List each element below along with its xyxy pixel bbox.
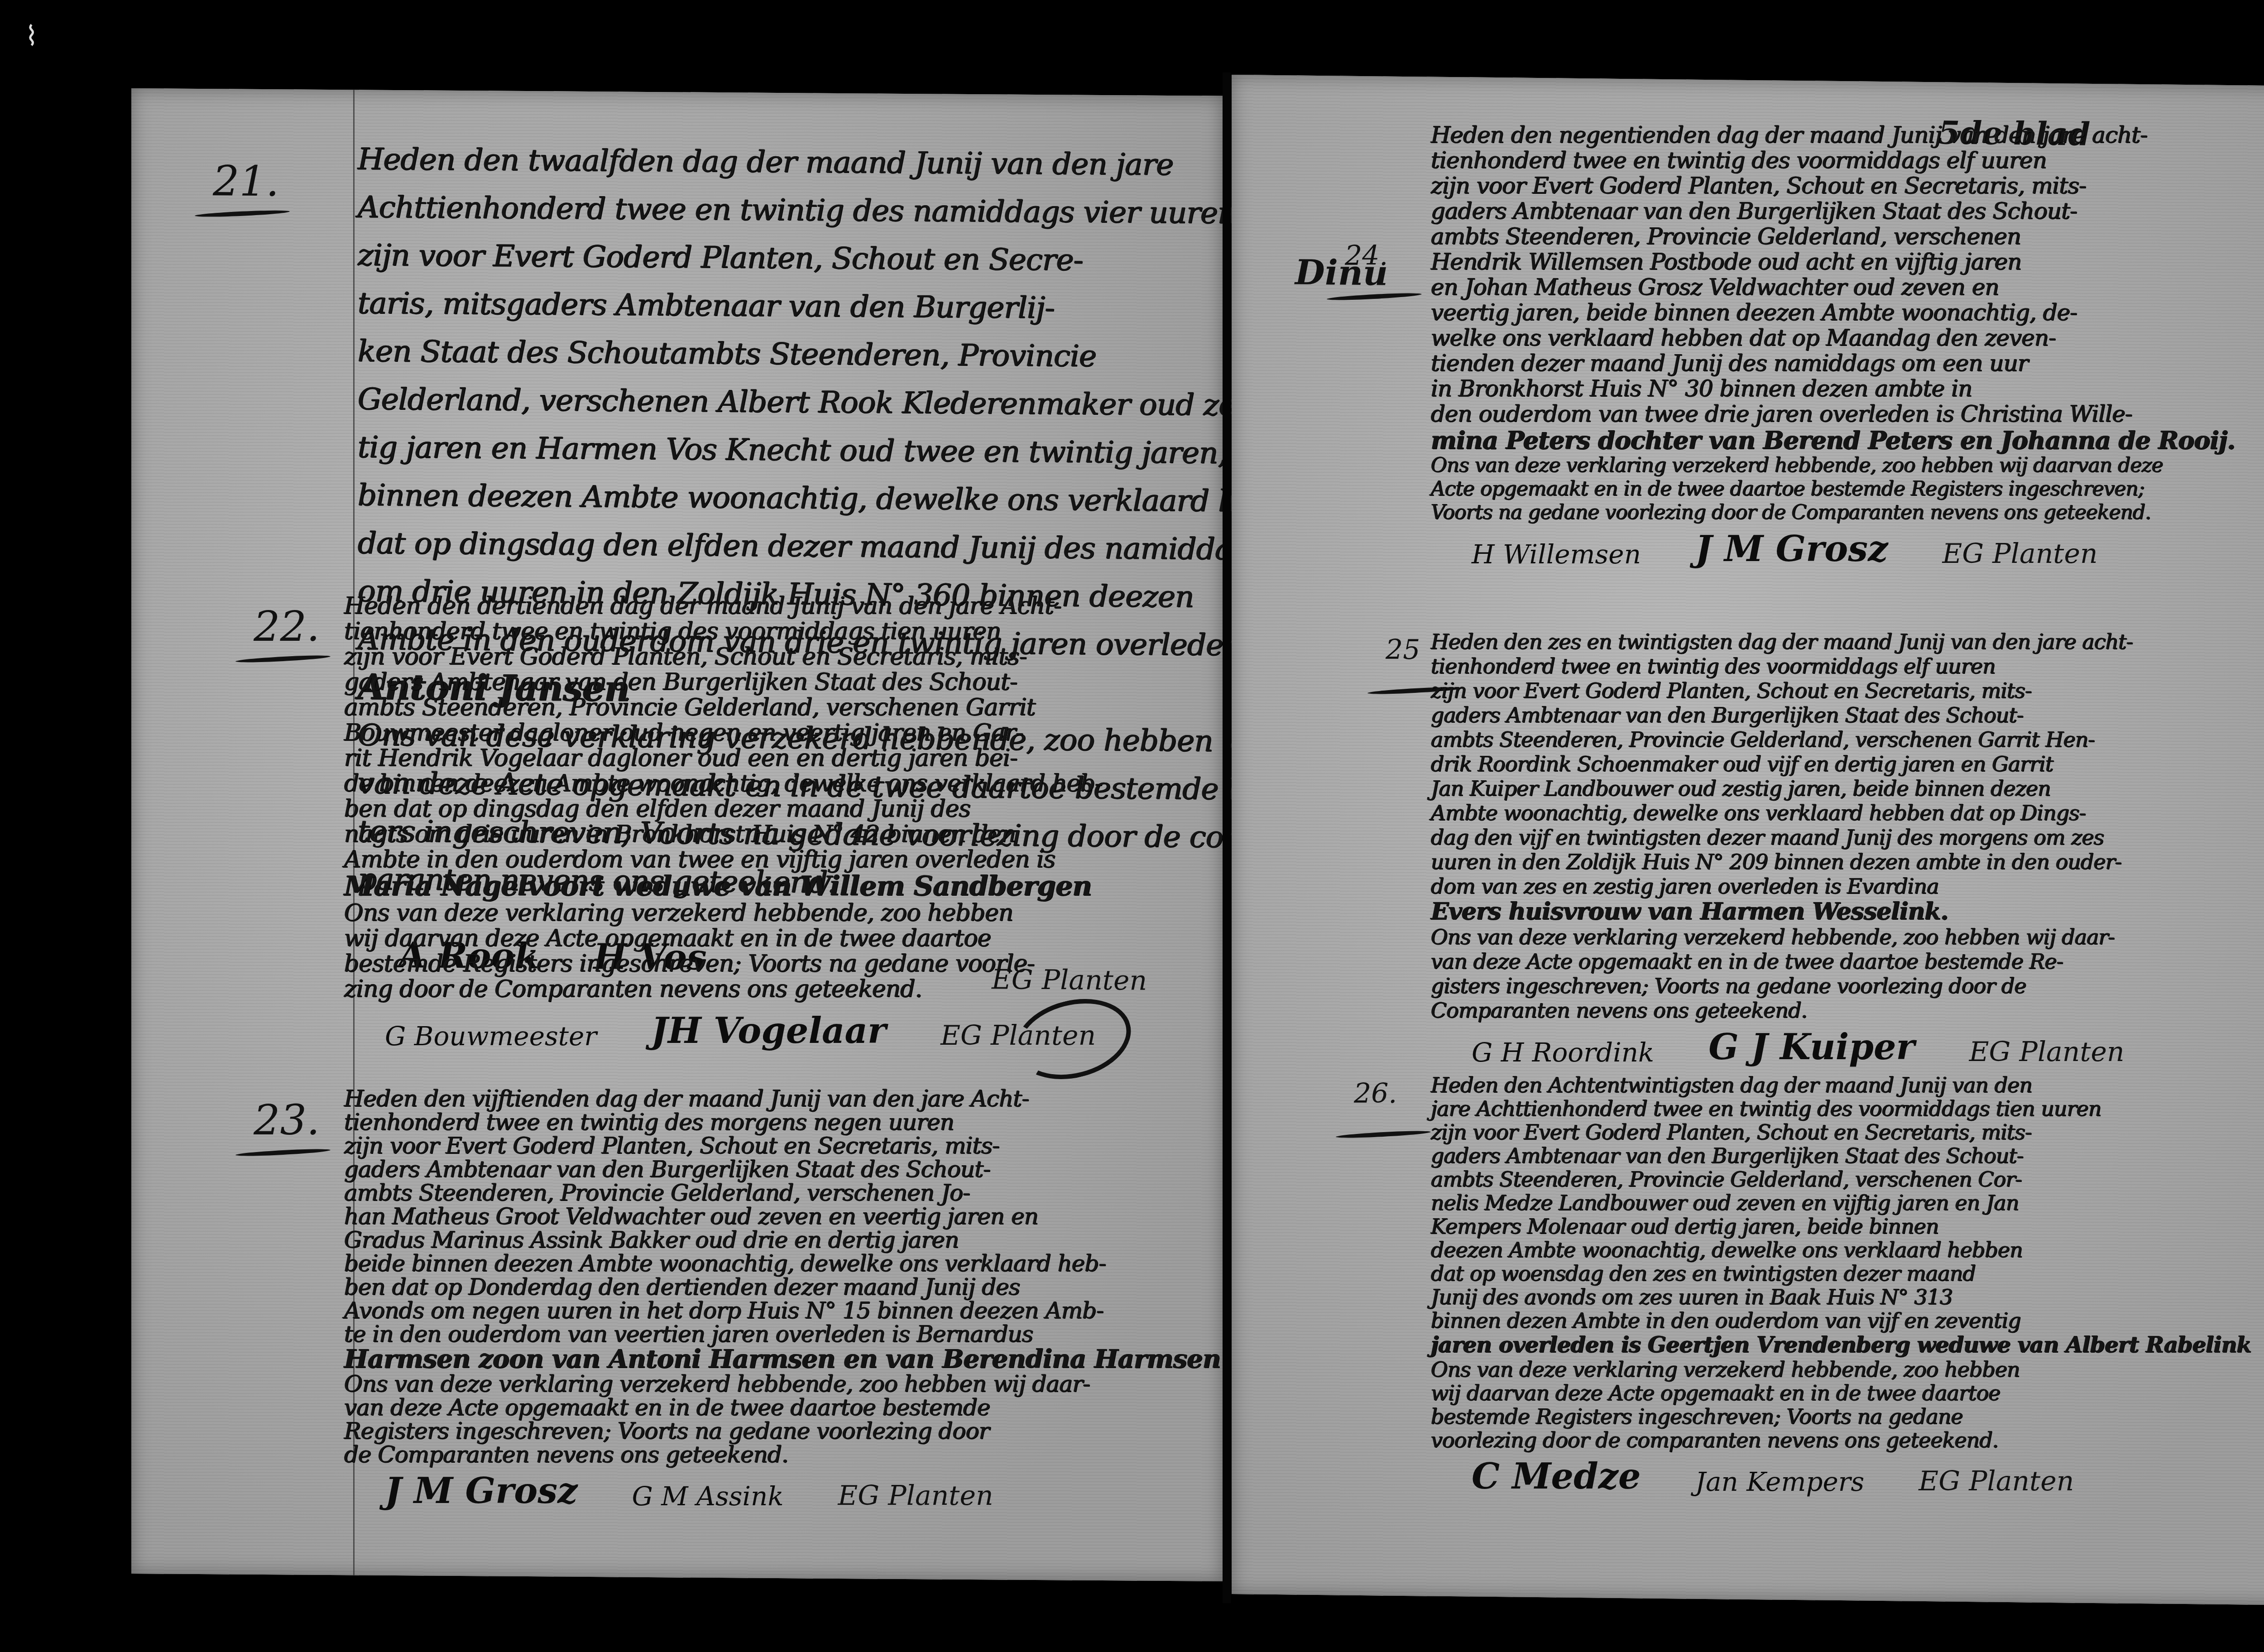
text-line: tienhonderd twee en twintig des voormidd… xyxy=(1431,654,2133,678)
text-line: ambts Steenderen, Provincie Gelderland, … xyxy=(1431,727,2133,752)
text-line: gaders Ambtenaar van den Burgerlijken St… xyxy=(344,669,1103,695)
witness-signature: G Bouwmeester xyxy=(385,1021,597,1052)
scan-artifact: ⌇ xyxy=(25,20,38,52)
text-line: dom van zes en zestig jaren overleden is… xyxy=(1431,874,2133,898)
text-line: gaders Ambtenaar van den Burgerlijken St… xyxy=(1431,703,2133,727)
text-line: Ambte woonachtig, dewelke ons verklaard … xyxy=(1431,801,2133,825)
witness-signature: Jan Kempers xyxy=(1695,1466,1865,1497)
text-line: gaders Ambtenaar van den Burgerlijken St… xyxy=(1431,1144,2251,1167)
text-line: en Johan Matheus Grosz Veldwachter oud z… xyxy=(1431,274,2235,300)
text-line: voorlezing door de comparanten nevens on… xyxy=(1431,1428,2251,1452)
text-line: Ons van deze verklaring verzekerd hebben… xyxy=(1431,454,2235,477)
text-line: tienhonderd twee en twintig des voormidd… xyxy=(344,619,1103,644)
entry-text: Heden den negentienden dag der maand Jun… xyxy=(1431,122,2235,570)
deceased-name: mina Peters dochter van Berend Peters en… xyxy=(1431,427,2235,454)
text-line: zing door de Comparanten nevens ons gete… xyxy=(344,976,1103,1002)
witness-signature: J M Grosz xyxy=(385,1470,578,1512)
witness-signature: G H Roordink xyxy=(1472,1037,1654,1068)
official-signature: EG Planten xyxy=(838,1480,993,1512)
text-line: Hendrik Willemsen Postbode oud acht en v… xyxy=(1431,249,2235,274)
text-line: Heden den dertienden dag der maand Junij… xyxy=(344,593,1103,619)
text-line: de binnen deezen Ambte woonachtig, dewel… xyxy=(344,771,1103,796)
text-line: Heden den zes en twintigsten dag der maa… xyxy=(1431,629,2133,654)
text-line: zijn voor Evert Goderd Planten, Schout e… xyxy=(1431,678,2133,703)
witness-signature: JH Vogelaar xyxy=(651,1010,886,1052)
text-line: drik Roordink Schoenmaker oud vijf en de… xyxy=(1431,752,2133,776)
text-line: nagts om drie uuren in Bronkhorst Huis N… xyxy=(344,821,1103,847)
text-line: Heden den negentienden dag der maand Jun… xyxy=(1431,122,2235,148)
text-line: ambts Steenderen, Provincie Gelderland, … xyxy=(344,695,1103,720)
text-line: Voorts na gedane voorlezing door de Comp… xyxy=(1431,501,2235,524)
text-line: de Comparanten nevens ons geteekend. xyxy=(344,1443,1221,1466)
text-line: uuren in den Zoldijk Huis N° 209 binnen … xyxy=(1431,850,2133,874)
text-line: ben dat op dingsdag den elfden dezer maa… xyxy=(344,796,1103,821)
text-line: zijn voor Evert Goderd Planten, Schout e… xyxy=(1431,173,2235,198)
text-line: Ons van deze verklaring verzekerd hebben… xyxy=(344,1372,1221,1396)
text-line: dat op woensdag den zes en twintigsten d… xyxy=(1431,1262,2251,1285)
official-signature: EG Planten xyxy=(1969,1036,2125,1068)
entry-text: Heden den vijftienden dag der maand Juni… xyxy=(344,1087,1221,1512)
text-line: Heden den Achtentwintigsten dag der maan… xyxy=(1431,1073,2251,1097)
text-line: welke ons verklaard hebben dat op Maanda… xyxy=(1431,325,2235,351)
entry-number: 25 xyxy=(1386,634,1420,666)
text-line: bestemde Registers ingeschreven; Voorts … xyxy=(344,951,1103,976)
text-line: Kempers Molenaar oud dertig jaren, beide… xyxy=(1431,1215,2251,1238)
official-signature: EG Planten xyxy=(1919,1465,2074,1497)
text-line: Acte opgemaakt en in de twee daartoe bes… xyxy=(1431,477,2235,501)
text-line: tienden dezer maand Junij des namiddags … xyxy=(1431,351,2235,376)
text-line: Ons van deze verklaring verzekerd hebben… xyxy=(1431,925,2133,949)
text-line: zijn voor Evert Goderd Planten, Schout e… xyxy=(1431,1120,2251,1144)
entry-number: 24. xyxy=(1345,240,1388,272)
witness-signature: G J Kuiper xyxy=(1708,1027,1915,1068)
text-line: wij daarvan deze Acte opgemaakt en in de… xyxy=(1431,1381,2251,1405)
text-line: Ons van deze verklaring verzekerd hebben… xyxy=(1431,1358,2251,1381)
text-line: beide binnen deezen Ambte woonachtig, de… xyxy=(344,1252,1221,1275)
text-line: tienhonderd twee en twintig des morgens … xyxy=(344,1110,1221,1134)
text-line: ambts Steenderen, Provincie Gelderland, … xyxy=(1431,1167,2251,1191)
text-line: nelis Medze Landbouwer oud zeven en vijf… xyxy=(1431,1191,2251,1215)
text-line: in Bronkhorst Huis N° 30 binnen dezen am… xyxy=(1431,376,2235,401)
witness-signature: J M Grosz xyxy=(1695,528,1888,570)
text-line: Jan Kuiper Landbouwer oud zestig jaren, … xyxy=(1431,776,2133,801)
witness-signature: G M Assink xyxy=(632,1481,784,1512)
official-signature: EG Planten xyxy=(940,1020,1096,1052)
text-line: Junij des avonds om zes uuren in Baak Hu… xyxy=(1431,1285,2251,1309)
witness-signatures: G H Roordink G J Kuiper EG Planten xyxy=(1431,1023,2133,1068)
text-line: dag den vijf en twintigsten dezer maand … xyxy=(1431,825,2133,850)
entry-text: Heden den dertienden dag der maand Junij… xyxy=(344,593,1103,1052)
entry-text: Heden den Achtentwintigsten dag der maan… xyxy=(1431,1073,2251,1497)
text-line: Ambte in den ouderdom van twee en vijfti… xyxy=(344,847,1103,872)
witness-signature: C Medze xyxy=(1472,1456,1641,1497)
deceased-name: jaren overleden is Geertjen Vrendenberg … xyxy=(1431,1332,2251,1358)
text-line: zijn voor Evert Goderd Planten, Schout e… xyxy=(344,644,1103,669)
deceased-name: Harmsen zoon van Antoni Harmsen en van B… xyxy=(344,1346,1221,1372)
text-line: binnen dezen Ambte in den ouderdom van v… xyxy=(1431,1309,2251,1332)
text-line: Gradus Marinus Assink Bakker oud drie en… xyxy=(344,1228,1221,1252)
text-line: veertig jaren, beide binnen deezen Ambte… xyxy=(1431,300,2235,325)
entry-number: 26. xyxy=(1354,1078,1397,1109)
text-line: Registers ingeschreven; Voorts na gedane… xyxy=(344,1419,1221,1443)
entry-number: 23. xyxy=(254,1096,320,1144)
text-line: te in den ouderdom van veertien jaren ov… xyxy=(344,1322,1221,1346)
witness-signatures: G Bouwmeester JH Vogelaar EG Planten xyxy=(344,1002,1103,1052)
entry-number: 22. xyxy=(254,602,320,651)
text-line: Ons van deze verklaring verzekerd hebben… xyxy=(344,900,1103,926)
text-line: Comparanten nevens ons geteekend. xyxy=(1431,998,2133,1023)
text-line: gaders Ambtenaar van den Burgerlijken St… xyxy=(1431,198,2235,224)
deceased-name: Evers huisvrouw van Harmen Wesselink. xyxy=(1431,898,2133,925)
entry-number: 21. xyxy=(213,157,279,206)
text-line: Heden den vijftienden dag der maand Juni… xyxy=(344,1087,1221,1110)
witness-signatures: C Medze Jan Kempers EG Planten xyxy=(1431,1452,2251,1497)
entry-text: Heden den zes en twintigsten dag der maa… xyxy=(1431,629,2133,1068)
text-line: deezen Ambte woonachtig, dewelke ons ver… xyxy=(1431,1238,2251,1262)
text-line: van deze Acte opgemaakt en in de twee da… xyxy=(344,1396,1221,1419)
text-line: ben dat op Donderdag den dertienden deze… xyxy=(344,1275,1221,1299)
text-line: tienhonderd twee en twintig des voormidd… xyxy=(1431,148,2235,173)
text-line: den ouderdom van twee drie jaren overled… xyxy=(1431,401,2235,427)
witness-signatures: J M Grosz G M Assink EG Planten xyxy=(344,1466,1221,1512)
text-line: Bouwmeester dagloner oud negen en veerti… xyxy=(344,720,1103,745)
witness-signature: H Willemsen xyxy=(1472,539,1641,570)
entry-21: 21. Heden den twaalfden dag der maand Ju… xyxy=(131,88,1223,96)
text-line: jare Achttienhonderd twee en twintig des… xyxy=(1431,1097,2251,1120)
text-line: van deze Acte opgemaakt en in de twee da… xyxy=(1431,949,2133,974)
text-line: ambts Steenderen, Provincie Gelderland, … xyxy=(344,1181,1221,1205)
text-line: han Matheus Groot Veldwachter oud zeven … xyxy=(344,1205,1221,1228)
deceased-name: Maria Nagelvoort weduwe van Willem Sandb… xyxy=(344,872,1103,900)
text-line: ambts Steenderen, Provincie Gelderland, … xyxy=(1431,224,2235,249)
text-line: wij daarvan deze Acte opgemaakt en in de… xyxy=(344,926,1103,951)
official-signature: EG Planten xyxy=(1943,538,2098,570)
text-line: zijn voor Evert Goderd Planten, Schout e… xyxy=(344,1134,1221,1157)
text-line: gisters ingeschreven; Voorts na gedane v… xyxy=(1431,974,2133,998)
text-line: rit Hendrik Vogelaar dagloner oud een en… xyxy=(344,745,1103,771)
text-line: Avonds om negen uuren in het dorp Huis N… xyxy=(344,1299,1221,1322)
book-spine xyxy=(1223,72,1231,1603)
text-line: gaders Ambtenaar van den Burgerlijken St… xyxy=(344,1157,1221,1181)
text-line: bestemde Registers ingeschreven; Voorts … xyxy=(1431,1405,2251,1428)
witness-signatures: H Willemsen J M Grosz EG Planten xyxy=(1431,524,2235,570)
